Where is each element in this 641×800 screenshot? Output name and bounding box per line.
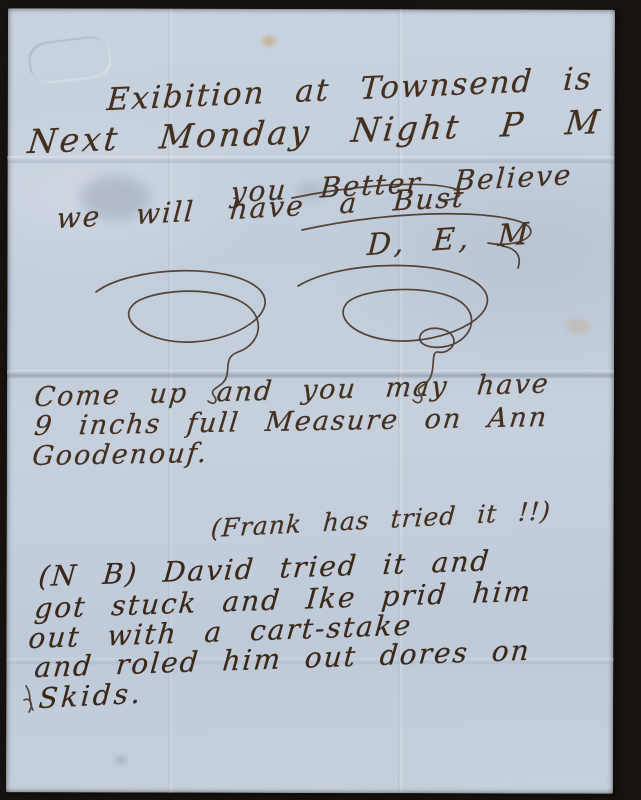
handwritten-line-goodenouf: Goodenouf.	[31, 438, 210, 472]
scanned-letter: Exibition at Townsend is Next Monday Nig…	[0, 0, 641, 800]
handwritten-line-skids: Skids.	[38, 677, 144, 716]
